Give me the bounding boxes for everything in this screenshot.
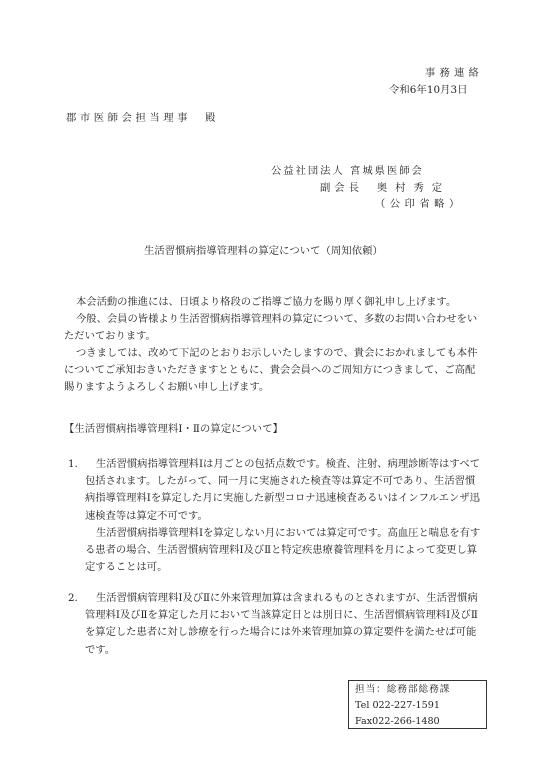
seal-note: （公印省略）: [375, 196, 464, 213]
item-paragraph: 生活習慣病指導管理料Ⅰを算定しない月においては算定可です。高血圧と喘息を有する患…: [85, 525, 481, 577]
sender-title: 副会長: [320, 182, 363, 194]
sender-name: 奥村秀定: [377, 182, 450, 194]
section-heading: 【生活習慣病指導管理料Ⅰ・Ⅱの算定について】: [64, 421, 283, 438]
body-paragraph-3: つきましては、改めて下記のとおりお示しいたしますので、貴会におかれましても本件に…: [64, 345, 484, 397]
sender-block: 公益社団法人 宮城県医師会: [271, 163, 424, 180]
document-date: 令和6年10月3日: [389, 82, 468, 99]
body-paragraph-1: 本会活動の推進には、日頃より格段のご指導ご協力を賜り厚く御礼申し上げます。: [64, 294, 484, 311]
sender-signature: 副会長奥村秀定: [320, 180, 450, 197]
item-number: 2.: [68, 590, 78, 607]
section-item-1: 1. 生活習慣病指導管理料Ⅰは月ごとの包括点数です。検査、注射、病理診断等はすべ…: [68, 456, 488, 576]
contact-fax: Fax022-266-1480: [355, 714, 486, 730]
addressee-honorific: 殿: [205, 112, 219, 124]
contact-department: 担当：総務部総務課: [355, 682, 486, 698]
document-subject: 生活習慣病指導管理料の算定について（周知依頼）: [144, 243, 383, 260]
section-item-2: 2. 生活習慣病管理料Ⅰ及びⅡに外来管理加算は含まれるものとされますが、生活習慣…: [68, 590, 488, 659]
document-type-label: 事務連絡: [425, 65, 483, 82]
contact-tel: Tel 022-227-1591: [355, 698, 486, 714]
sender-organization: 公益社団法人 宮城県医師会: [271, 163, 424, 180]
contact-info-box: 担当：総務部総務課 Tel 022-227-1591 Fax022-266-14…: [348, 680, 487, 729]
item-paragraph: 生活習慣病指導管理料Ⅰは月ごとの包括点数です。検査、注射、病理診断等はすべて包括…: [85, 456, 481, 525]
addressee-recipient: 郡市医師会担当理事: [66, 112, 191, 124]
item-number: 1.: [68, 456, 78, 473]
body-paragraph-2: 今般、会員の皆様より生活習慣病指導管理料の算定について、多数のお問い合わせをいた…: [64, 311, 484, 345]
addressee: 郡市医師会担当理事殿: [66, 110, 219, 127]
item-paragraph: 生活習慣病管理料Ⅰ及びⅡに外来管理加算は含まれるものとされますが、生活習慣病管理…: [85, 590, 481, 659]
